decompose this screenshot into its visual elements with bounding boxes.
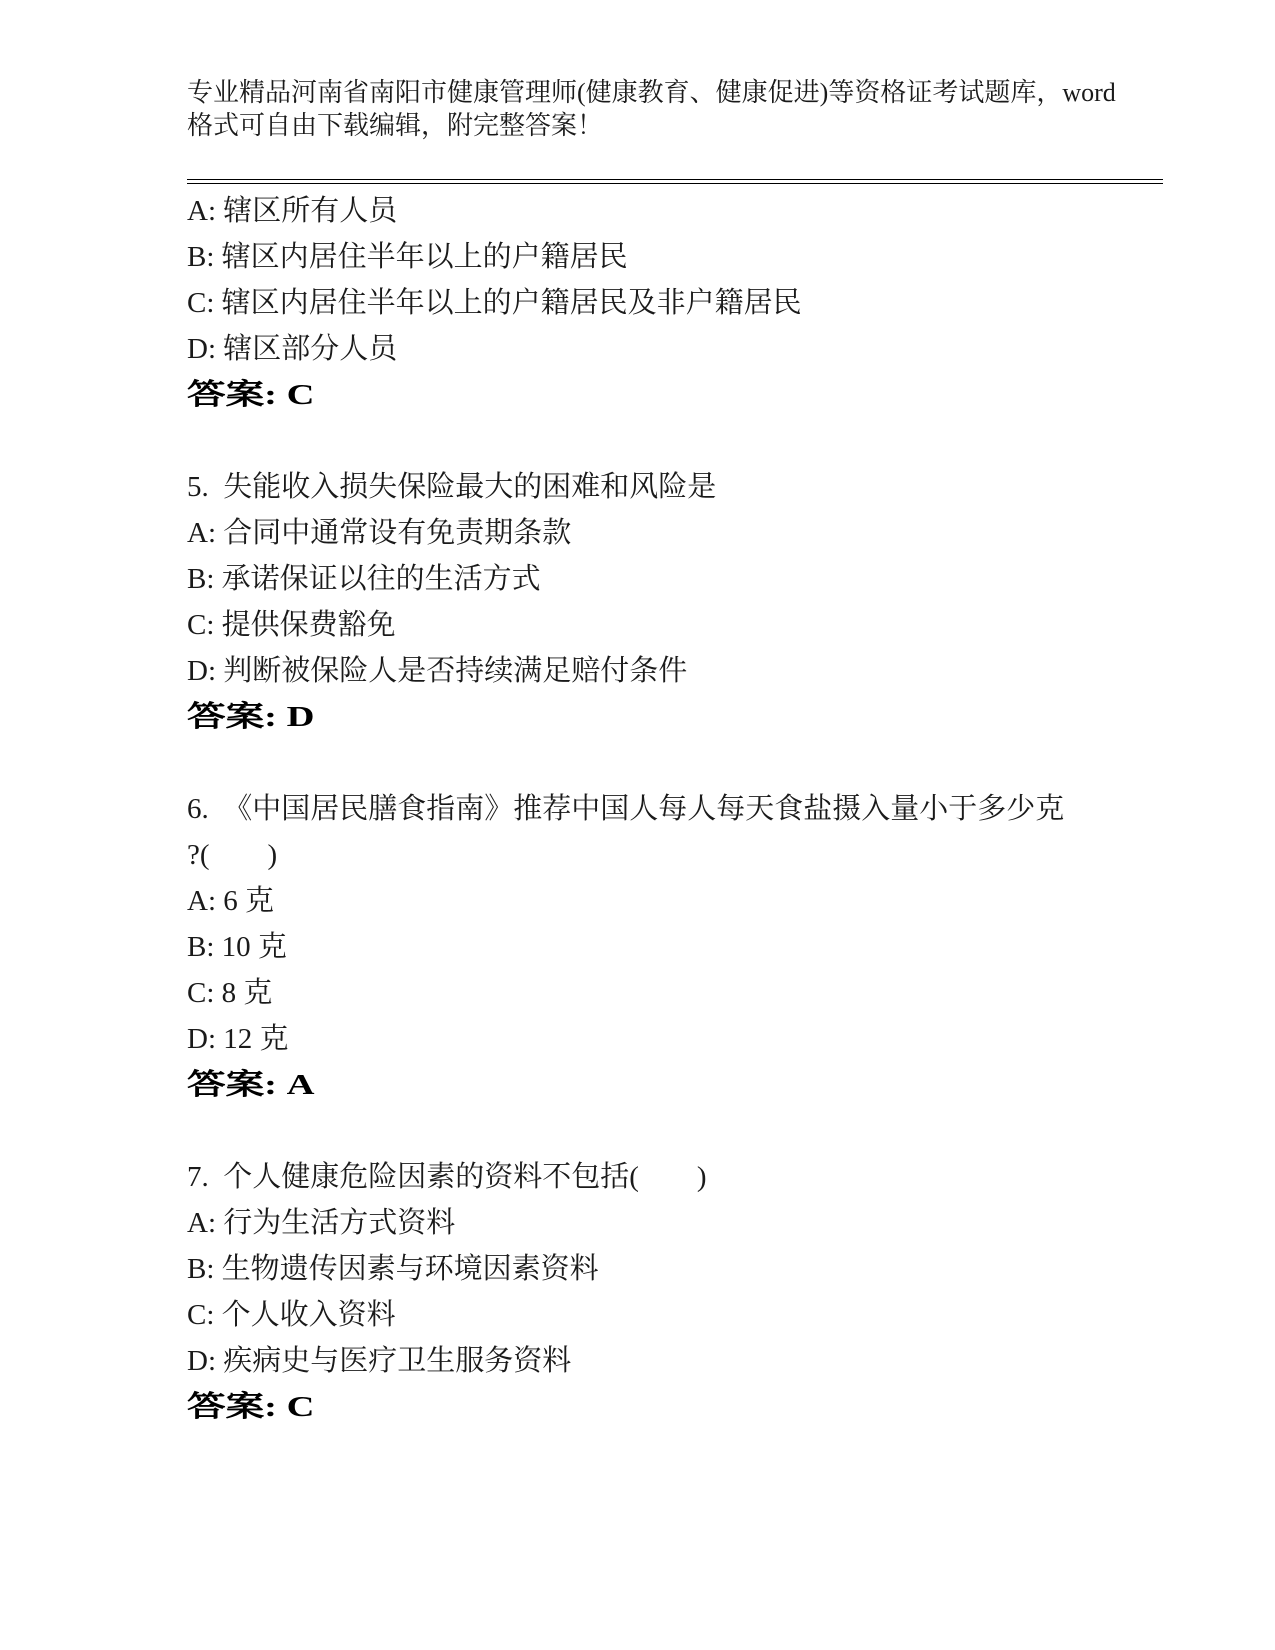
option-line: A: 6 克 bbox=[187, 878, 1175, 924]
question-block-4: A: 辖区所有人员 B: 辖区内居住半年以上的户籍居民 C: 辖区内居住半年以上… bbox=[187, 188, 1175, 418]
question-title: 5. 失能收入损失保险最大的困难和风险是 bbox=[187, 464, 1175, 510]
option-line: A: 辖区所有人员 bbox=[187, 188, 1175, 234]
question-block-7: 7. 个人健康危险因素的资料不包括( ) A: 行为生活方式资料 B: 生物遗传… bbox=[187, 1154, 1175, 1430]
answer-text: 答案: D bbox=[187, 694, 314, 740]
page-header: 专业精品河南省南阳市健康管理师(健康教育、健康促进)等资格证考试题库，word … bbox=[0, 0, 1275, 142]
question-title: 7. 个人健康危险因素的资料不包括( ) bbox=[187, 1154, 1175, 1200]
option-line: B: 生物遗传因素与环境因素资料 bbox=[187, 1246, 1175, 1292]
answer-line: 答案: D bbox=[187, 694, 1175, 740]
question-block-5: 5. 失能收入损失保险最大的困难和风险是 A: 合同中通常设有免责期条款 B: … bbox=[187, 464, 1175, 740]
option-line: D: 12 克 bbox=[187, 1016, 1175, 1062]
option-line: C: 辖区内居住半年以上的户籍居民及非户籍居民 bbox=[187, 280, 1175, 326]
answer-text: 答案: C bbox=[187, 372, 314, 418]
option-line: D: 判断被保险人是否持续满足赔付条件 bbox=[187, 648, 1175, 694]
answer-text: 答案: A bbox=[187, 1062, 314, 1108]
option-line: B: 10 克 bbox=[187, 924, 1175, 970]
option-line: A: 行为生活方式资料 bbox=[187, 1200, 1175, 1246]
answer-text: 答案: C bbox=[187, 1384, 314, 1430]
option-line: D: 辖区部分人员 bbox=[187, 326, 1175, 372]
option-line: C: 提供保费豁免 bbox=[187, 602, 1175, 648]
answer-line: 答案: C bbox=[187, 1384, 1175, 1430]
answer-line: 答案: A bbox=[187, 1062, 1175, 1108]
answer-line: 答案: C bbox=[187, 372, 1175, 418]
option-line: B: 承诺保证以往的生活方式 bbox=[187, 556, 1175, 602]
question-title: 6. 《中国居民膳食指南》推荐中国人每人每天食盐摄入量小于多少克 ?( ) bbox=[187, 786, 1175, 878]
question-list: A: 辖区所有人员 B: 辖区内居住半年以上的户籍居民 C: 辖区内居住半年以上… bbox=[0, 184, 1275, 1430]
option-line: C: 个人收入资料 bbox=[187, 1292, 1175, 1338]
option-line: D: 疾病史与医疗卫生服务资料 bbox=[187, 1338, 1175, 1384]
document-page: 专业精品河南省南阳市健康管理师(健康教育、健康促进)等资格证考试题库，word … bbox=[0, 0, 1275, 1650]
question-block-6: 6. 《中国居民膳食指南》推荐中国人每人每天食盐摄入量小于多少克 ?( ) A:… bbox=[187, 786, 1175, 1108]
option-line: B: 辖区内居住半年以上的户籍居民 bbox=[187, 234, 1175, 280]
header-text: 专业精品河南省南阳市健康管理师(健康教育、健康促进)等资格证考试题库，word … bbox=[187, 76, 1175, 142]
option-line: C: 8 克 bbox=[187, 970, 1175, 1016]
option-line: A: 合同中通常设有免责期条款 bbox=[187, 510, 1175, 556]
